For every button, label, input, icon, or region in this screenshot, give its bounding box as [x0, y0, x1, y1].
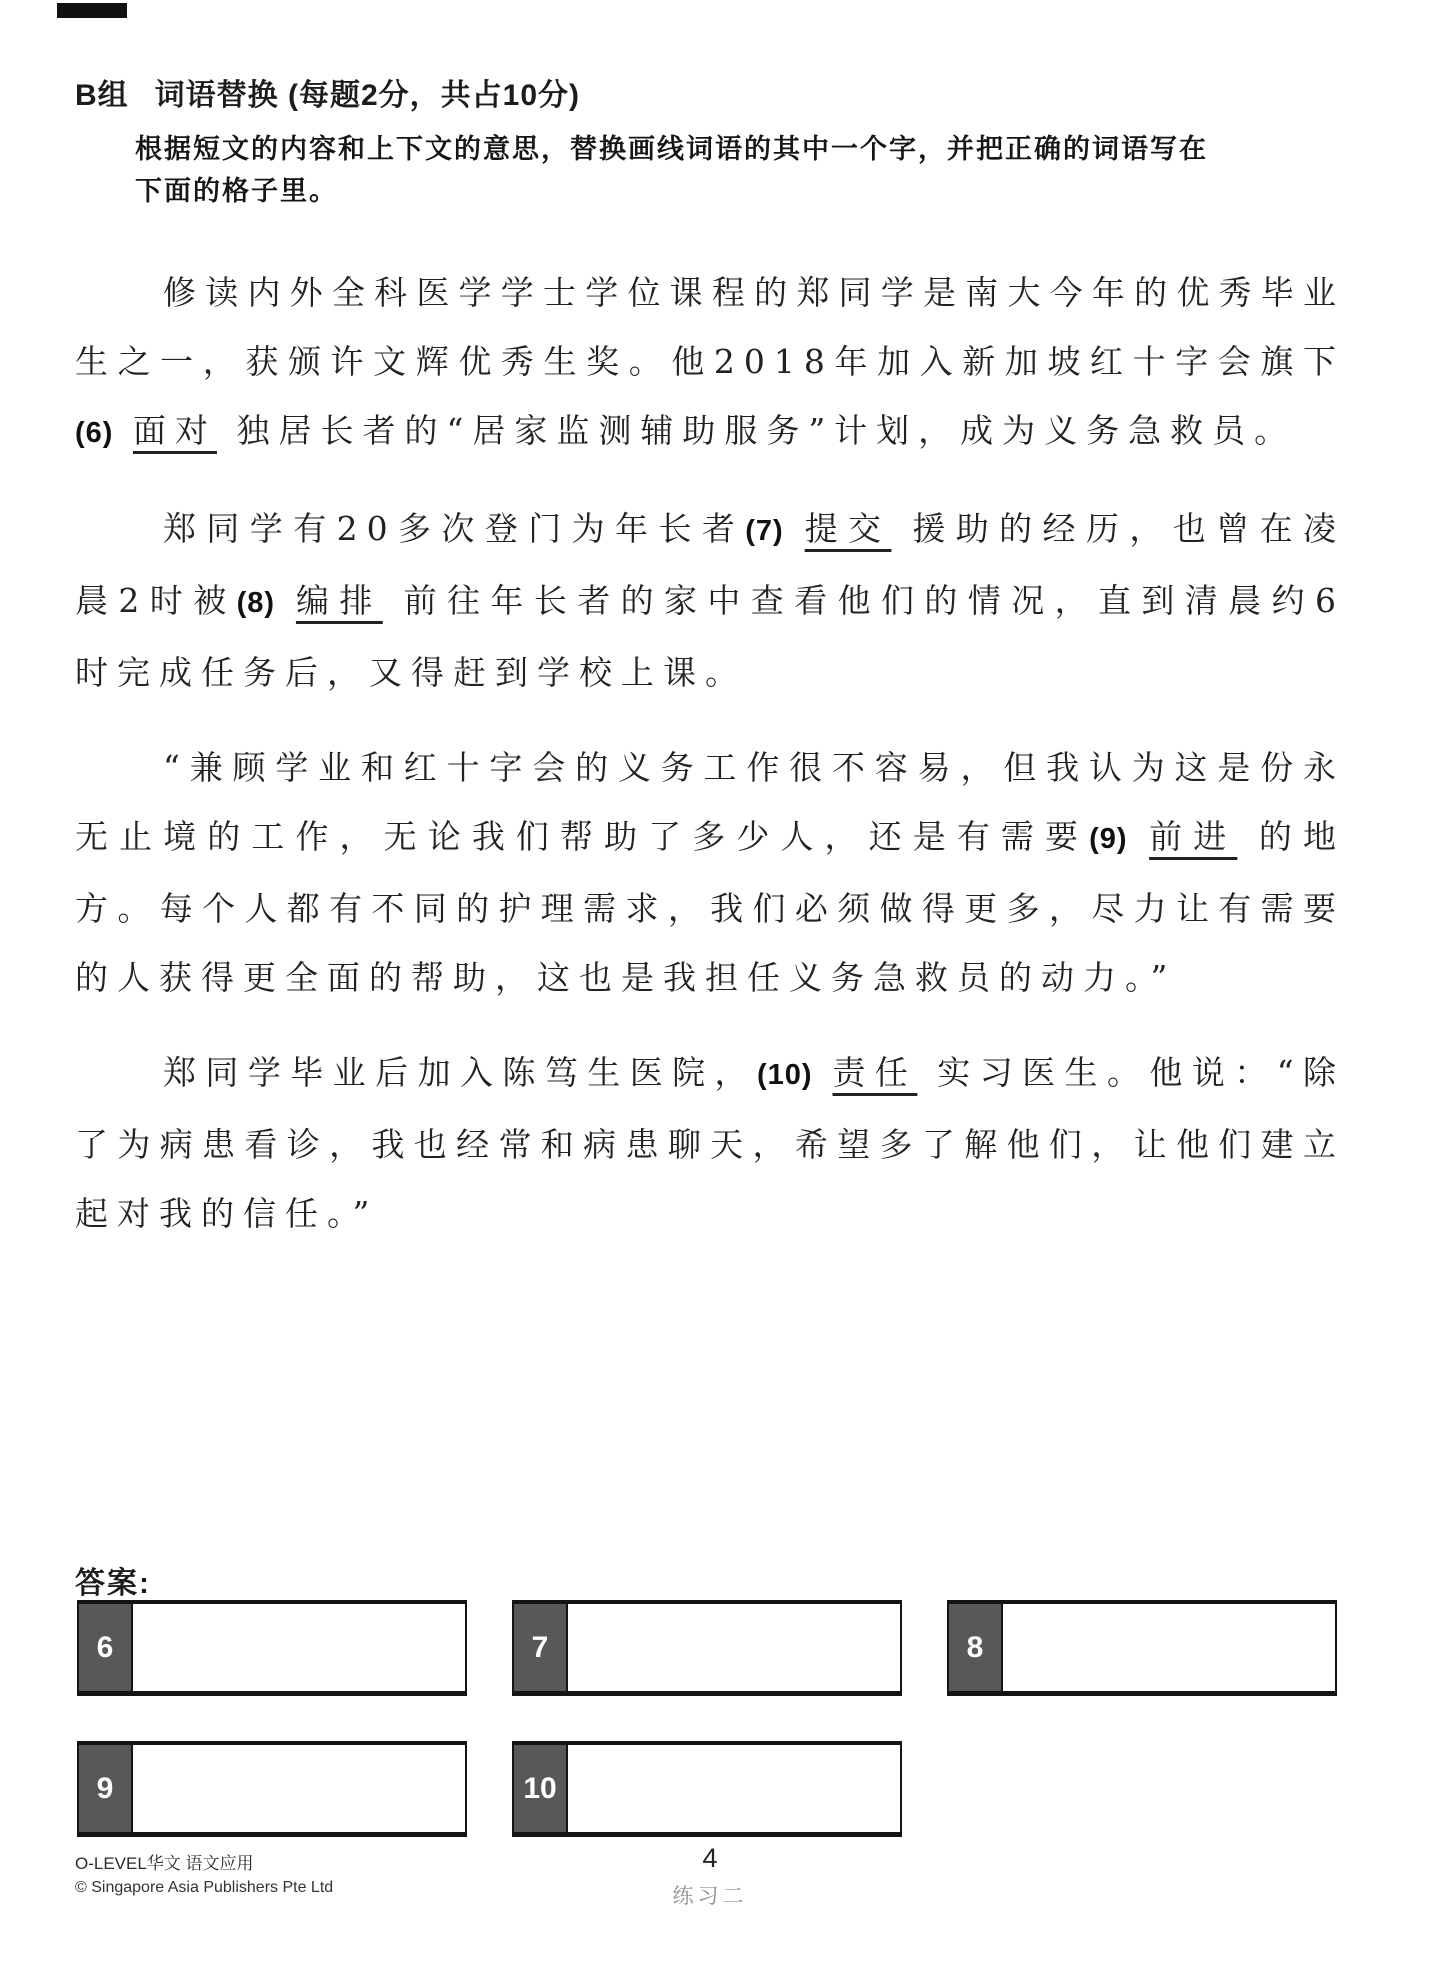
answer-input-area[interactable]	[131, 1745, 465, 1832]
passage-text: 独居长者的“居家监测辅助服务”计划，成为义务急救员。	[217, 411, 1296, 450]
question-number: (10)	[757, 1059, 813, 1091]
section-header: B组 词语替换 (每题2分，共占10分)	[75, 70, 1345, 114]
passage-text: 修读内外全科医学学士学位课程的郑同学是南大今年的优秀毕业生之一，获颁许文辉优秀生…	[75, 273, 1345, 381]
answer-box-number: 9	[79, 1745, 131, 1832]
passage-paragraph: 郑同学有20多次登门为年长者(7) 提交 援助的经历，也曾在凌晨2时被(8) 编…	[75, 494, 1345, 707]
passage-text	[784, 509, 805, 548]
answer-box-number: 10	[514, 1745, 566, 1832]
underlined-target-word: 提交	[805, 509, 892, 548]
answer-box-6: 6	[77, 1600, 467, 1696]
answer-row: 910	[77, 1741, 1347, 1837]
section-label: B组	[75, 70, 129, 114]
scan-artifact-bar	[57, 3, 127, 18]
question-number: (7)	[745, 515, 783, 547]
answer-input-area[interactable]	[566, 1604, 900, 1691]
passage-text: 郑同学有20多次登门为年长者	[163, 509, 745, 548]
instructions-text: 根据短文的内容和上下文的意思，替换画线词语的其中一个字，并把正确的词语写在下面的…	[135, 128, 1215, 212]
passage-text	[275, 581, 296, 620]
passage-text: 郑同学毕业后加入陈笃生医院，	[163, 1053, 757, 1092]
passage-paragraph: “兼顾学业和红十字会的义务工作很不容易，但我认为这是份永无止境的工作，无论我们帮…	[75, 733, 1345, 1012]
answer-box-7: 7	[512, 1600, 902, 1696]
answer-grid: 678910	[77, 1600, 1347, 1837]
answer-box-9: 9	[77, 1741, 467, 1837]
page-content: B组 词语替换 (每题2分，共占10分) 根据短文的内容和上下文的意思，替换画线…	[75, 70, 1345, 1274]
question-number: (8)	[237, 587, 275, 619]
answers-label: 答案:	[75, 1558, 151, 1602]
answer-box-number: 8	[949, 1604, 1001, 1691]
underlined-target-word: 面对	[133, 411, 217, 450]
underlined-target-word: 前进	[1149, 817, 1237, 856]
answer-box-10: 10	[512, 1741, 902, 1837]
underlined-target-word: 责任	[833, 1053, 918, 1092]
exercise-label: 练习二	[75, 1880, 1345, 1910]
passage-paragraph: 郑同学毕业后加入陈笃生医院，(10) 责任 实习医生。他说：“除了为病患看诊，我…	[75, 1038, 1345, 1248]
answer-box-number: 6	[79, 1604, 131, 1691]
underlined-target-word: 编排	[296, 581, 383, 620]
question-number: (9)	[1089, 823, 1127, 855]
footer-center: 4 练习二	[75, 1843, 1345, 1910]
passage: 修读内外全科医学学士学位课程的郑同学是南大今年的优秀毕业生之一，获颁许文辉优秀生…	[75, 258, 1345, 1248]
passage-text	[113, 411, 133, 450]
answer-box-number: 7	[514, 1604, 566, 1691]
answer-input-area[interactable]	[1001, 1604, 1335, 1691]
passage-text	[813, 1053, 833, 1092]
answer-input-area[interactable]	[131, 1604, 465, 1691]
page-number: 4	[75, 1843, 1345, 1874]
answer-box-8: 8	[947, 1600, 1337, 1696]
passage-paragraph: 修读内外全科医学学士学位课程的郑同学是南大今年的优秀毕业生之一，获颁许文辉优秀生…	[75, 258, 1345, 468]
section-title: 词语替换 (每题2分，共占10分)	[155, 70, 580, 114]
passage-text	[1128, 817, 1150, 856]
question-number: (6)	[75, 417, 113, 449]
answer-row: 678	[77, 1600, 1347, 1696]
answer-input-area[interactable]	[566, 1745, 900, 1832]
